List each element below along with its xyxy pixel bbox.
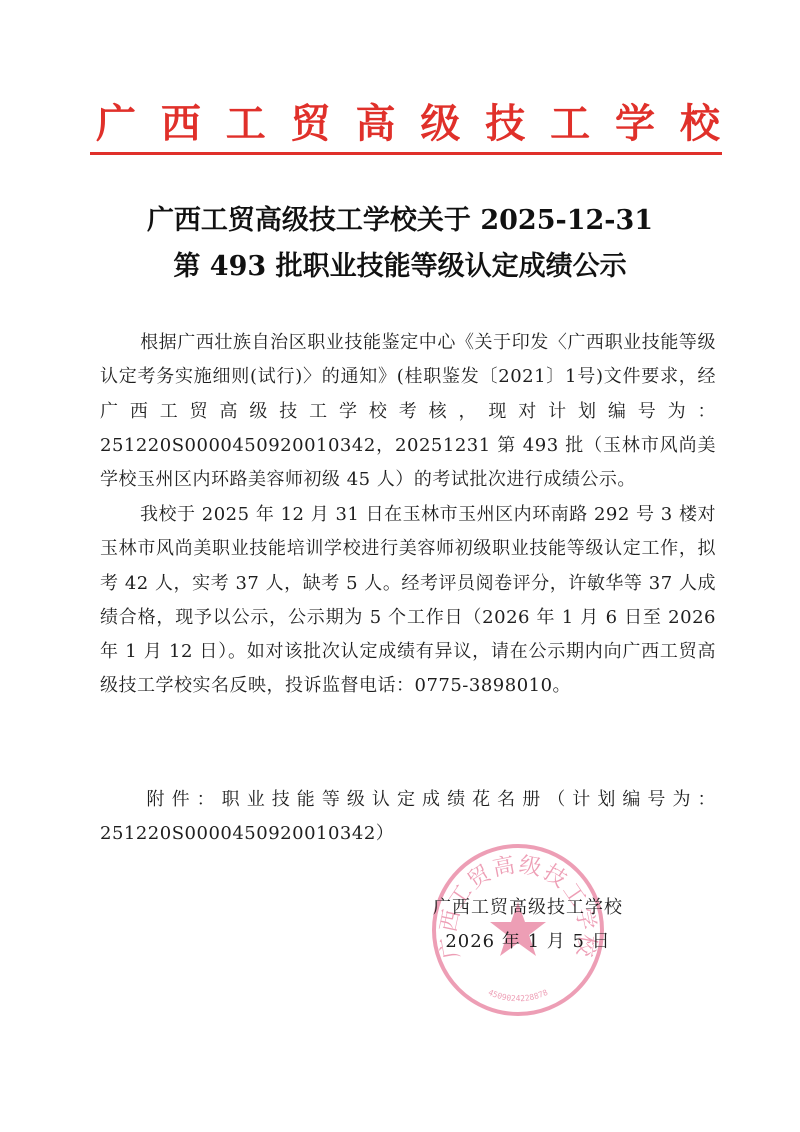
letterhead-char: 校 (680, 100, 720, 148)
letterhead-char: 级 (420, 100, 460, 148)
body-paragraph-2: 我校于 2025 年 12 月 31 日在玉林市玉州区内环南路 292 号 3 … (100, 498, 716, 704)
body-paragraph-1: 根据广西壮族自治区职业技能鉴定中心《关于印发〈广西职业技能等级认定考务实施细则(… (100, 326, 716, 497)
signature-organization: 广西工贸高级技工学校 (408, 893, 648, 919)
paragraph-1-text: 根据广西壮族自治区职业技能鉴定中心《关于印发〈广西职业技能等级认定考务实施细则(… (100, 332, 716, 490)
letterhead-divider (90, 152, 722, 155)
document-title-line-1: 广西工贸高级技工学校关于 2025-12-31 (0, 198, 800, 237)
attachment-note: 附件：职业技能等级认定成绩花名册（计划编号为：251220S0000450920… (100, 783, 716, 852)
letterhead-char: 工 (550, 100, 590, 148)
attachment-text: 附件：职业技能等级认定成绩花名册（计划编号为：251220S0000450920… (100, 789, 716, 844)
paragraph-2-text: 我校于 2025 年 12 月 31 日在玉林市玉州区内环南路 292 号 3 … (100, 504, 716, 696)
letterhead-char: 西 (161, 100, 201, 148)
letterhead-char: 学 (615, 100, 655, 148)
letterhead-char: 工 (226, 100, 266, 148)
svg-text:4509024228878: 4509024228878 (487, 988, 550, 1003)
letterhead-char: 高 (356, 100, 396, 148)
letterhead-char: 贸 (291, 100, 331, 148)
letterhead-char: 技 (485, 100, 525, 148)
document-title-line-2: 第 493 批职业技能等级认定成绩公示 (0, 244, 800, 283)
letterhead-char: 广 (96, 100, 136, 148)
letterhead-school-name: 广 西 工 贸 高 级 技 工 学 校 (96, 100, 720, 148)
signature-date: 2026 年 1 月 5 日 (408, 927, 648, 953)
